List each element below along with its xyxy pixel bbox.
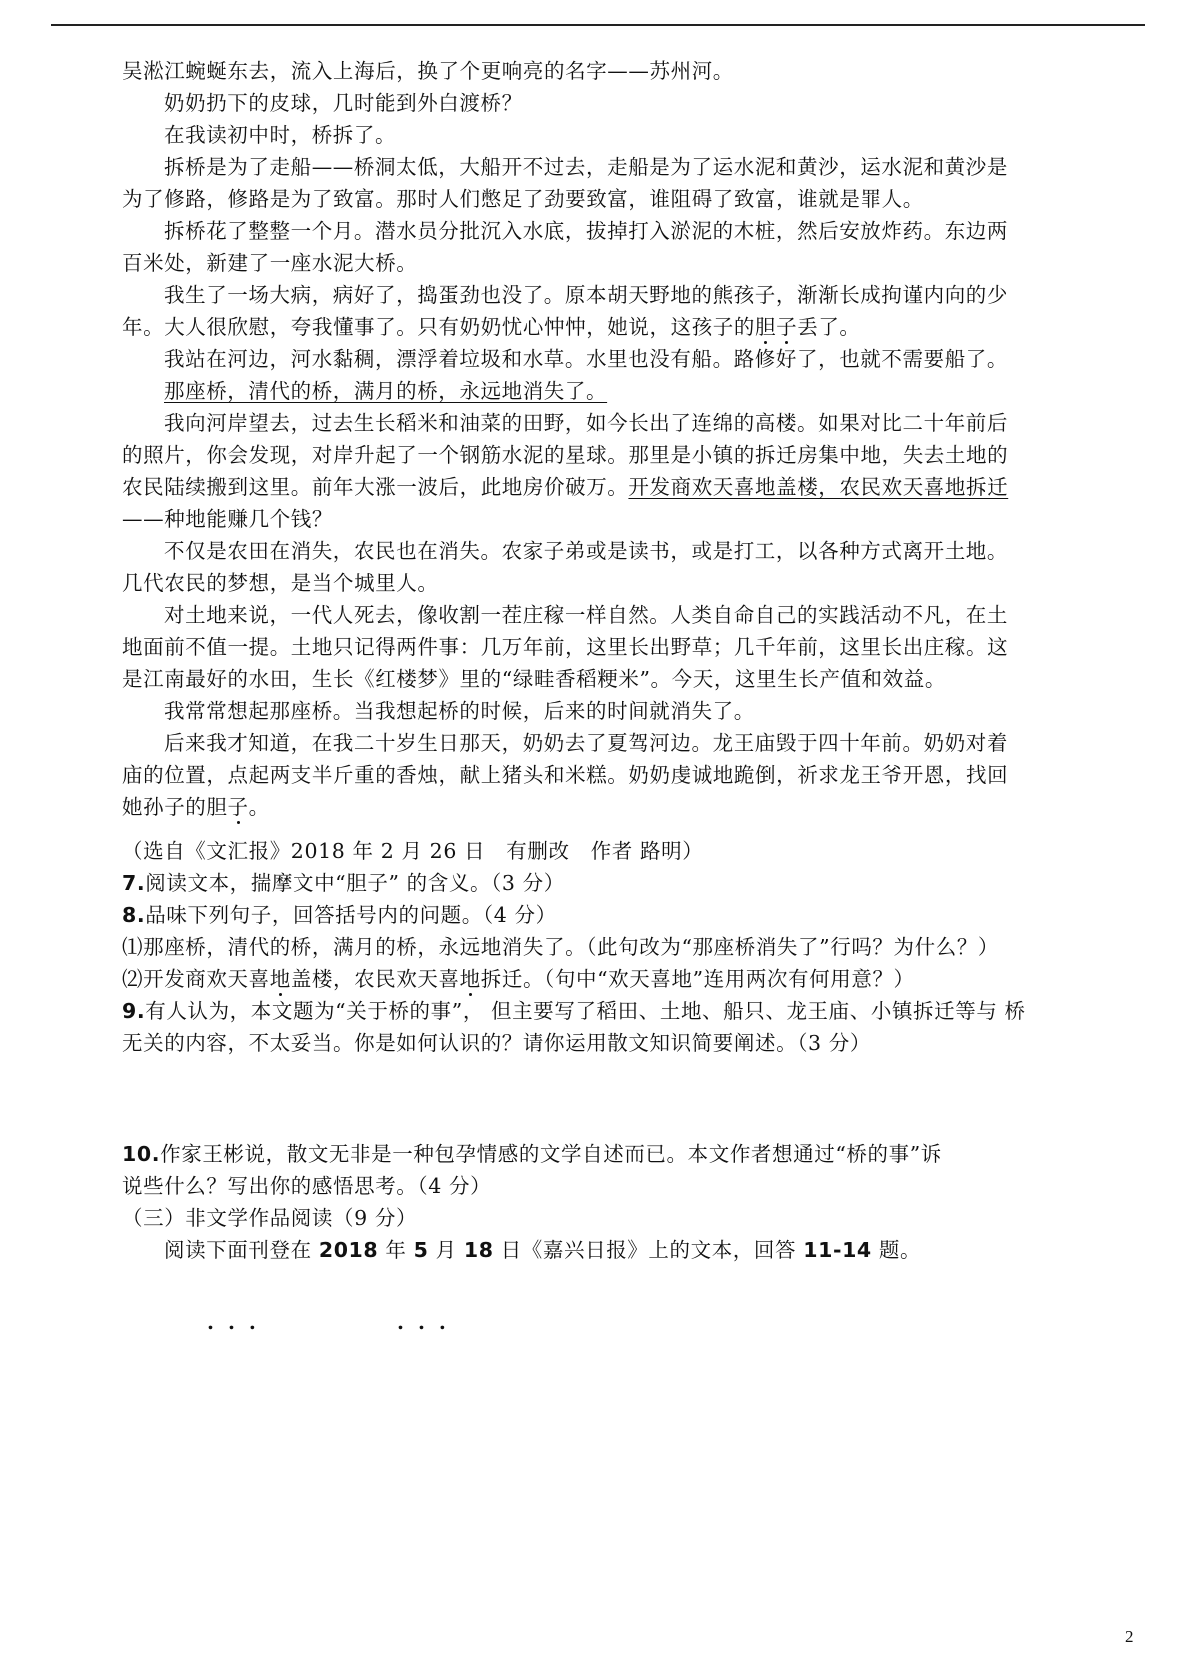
emphasis-char: 子 — [776, 315, 797, 339]
passage-text: 。 — [249, 795, 270, 819]
passage-line: 不仅是农田在消失，农民也在消失。农家子弟或是读书，或是打工，以各种方式离开土地。 — [122, 535, 1008, 567]
passage-line: 我常常想起那座桥。当我想起桥的时候，后来的时间就消失了。 — [122, 695, 755, 727]
passage-text: 年。大人很欣慰，夸我懂事了。只有奶奶忧心忡忡，她说，这孩子的 — [122, 315, 755, 339]
underlined-sentence-2: 开发商欢天喜地盖楼，农民欢天喜地拆迁 — [628, 475, 1008, 499]
intro-text: 日《嘉兴日报》上的文本，回答 — [494, 1238, 804, 1262]
passage-line: 拆桥是为了走船——桥洞太低，大船开不过去，走船是为了运水泥和黄沙，运水泥和黄沙是 — [122, 151, 1008, 183]
intro-text: 题。 — [872, 1238, 921, 1262]
question-8: 8.品味下列句子，回答括号内的问题。（4 分） — [122, 899, 557, 931]
question-7: 7.阅读文本，揣摩文中“胆子” 的含义。（3 分） — [122, 867, 565, 899]
section-intro: 阅读下面刊登在 2018 年 5 月 18 日《嘉兴日报》上的文本，回答 11-… — [122, 1234, 921, 1266]
intro-day: 18 — [464, 1238, 494, 1262]
intro-range: 11-14 — [803, 1238, 872, 1262]
passage-line: 后来我才知道，在我二十岁生日那天，奶奶去了夏驾河边。龙王庙毁于四十年前。奶奶对着 — [122, 727, 1008, 759]
passage-line: 她孙子的胆子。 — [122, 791, 270, 823]
question-number: 7. — [122, 871, 145, 895]
sub-text: 那座桥，清代的桥，满月的桥，永远地消失了。（此句改为“那座桥消失了”行吗？为什么… — [143, 935, 999, 959]
question-8-sub-2: ⑵开发商欢天喜地盖楼，农民欢天喜地拆迁。（句中“欢天喜地”连用两次有何用意？） — [122, 963, 915, 995]
source-citation: （选自《文汇报》2018 年 2 月 26 日 有删改 作者 路明） — [122, 835, 1122, 867]
stray-dots: ... — [207, 1310, 270, 1334]
question-10-cont: 说些什么？写出你的感悟思考。（4 分） — [122, 1170, 491, 1202]
passage-line: ——种地能赚几个钱？ — [122, 503, 333, 535]
stray-dots: ... — [397, 1310, 460, 1334]
passage-line: 那座桥，清代的桥，满月的桥，永远地消失了。 — [122, 375, 607, 407]
intro-year: 2018 — [319, 1238, 378, 1262]
section-heading: （三）非文学作品阅读（9 分） — [122, 1202, 417, 1234]
passage-line: 在我读初中时，桥拆了。 — [122, 119, 396, 151]
passage-line: 对土地来说，一代人死去，像收割一茬庄稼一样自然。人类自命自己的实践活动不凡，在土 — [122, 599, 1008, 631]
passage-line: 吴淞江蜿蜒东去，流入上海后，换了个更响亮的名字——苏州河。 — [122, 55, 734, 87]
passage-line: 是江南最好的水田，生长《红楼梦》里的“绿畦香稻粳米”。今天，这里生长产值和效益。 — [122, 663, 946, 695]
passage-text: 农民陆续搬到这里。前年大涨一波后，此地房价破万。 — [122, 475, 628, 499]
passage-line: 奶奶扔下的皮球，几时能到外白渡桥？ — [122, 87, 523, 119]
question-text: 有人认为，本文题为“关于桥的事”， 但主要写了稻田、土地、船只、龙王庙、小镇拆迁… — [145, 999, 1025, 1023]
emphasis-char: 子 — [228, 795, 249, 819]
passage-line: 我生了一场大病，病好了，捣蛋劲也没了。原本胡天野地的熊孩子，渐渐长成拘谨内向的少 — [122, 279, 1008, 311]
question-9: 9.有人认为，本文题为“关于桥的事”， 但主要写了稻田、土地、船只、龙王庙、小镇… — [122, 995, 1026, 1027]
intro-text: 月 — [429, 1238, 464, 1262]
question-text: 作家王彬说，散文无非是一种包孕情感的文学自述而已。本文作者想通过“桥的事”诉 — [160, 1142, 942, 1166]
question-number: 10. — [122, 1142, 160, 1166]
question-number: 8. — [122, 903, 145, 927]
question-9-cont: 无关的内容，不太妥当。你是如何认识的？请你运用散文知识简要阐述。（3 分） — [122, 1027, 871, 1059]
passage-text: 丢了。 — [797, 315, 860, 339]
emphasis-char: 胆 — [755, 315, 776, 339]
passage-line: 几代农民的梦想，是当个城里人。 — [122, 567, 439, 599]
passage-line: 庙的位置，点起两支半斤重的香烛，献上猪头和米糕。奶奶虔诚地跪倒，祈求龙王爷开恩，… — [122, 759, 1008, 791]
sub-text: 盖楼，农民欢天喜 — [291, 967, 460, 991]
sub-label: ⑴ — [122, 935, 143, 959]
passage-line: 我站在河边，河水黏稠，漂浮着垃圾和水草。水里也没有船。路修好了，也就不需要船了。 — [122, 343, 1008, 375]
passage-line: 我向河岸望去，过去生长稻米和油菜的田野，如今长出了连绵的高楼。如果对比二十年前后 — [122, 407, 1008, 439]
passage-line: 的照片，你会发现，对岸升起了一个钢筋水泥的星球。那里是小镇的拆迁房集中地，失去土… — [122, 439, 1008, 471]
sub-text: 开发商欢天喜 — [143, 967, 270, 991]
passage-line: 地面前不值一提。土地只记得两件事：几万年前，这里长出野草；几千年前，这里长出庄稼… — [122, 631, 1008, 663]
question-10: 10.作家王彬说，散文无非是一种包孕情感的文学自述而已。本文作者想通过“桥的事”… — [122, 1138, 942, 1170]
emphasis-char: 地 — [270, 967, 291, 991]
sub-label: ⑵ — [122, 967, 143, 991]
passage-line: 百米处，新建了一座水泥大桥。 — [122, 247, 417, 279]
passage-line: 拆桥花了整整一个月。潜水员分批沉入水底，拔掉打入淤泥的木桩，然后安放炸药。东边两 — [122, 215, 1008, 247]
passage-line: 农民陆续搬到这里。前年大涨一波后，此地房价破万。开发商欢天喜地盖楼，农民欢天喜地… — [122, 471, 1008, 503]
sub-text: 拆迁。（句中“欢天喜地”连用两次有何用意？） — [481, 967, 915, 991]
intro-text: 阅读下面刊登在 — [164, 1238, 319, 1262]
question-text: 品味下列句子，回答括号内的问题。（4 分） — [145, 903, 556, 927]
intro-month: 5 — [414, 1238, 429, 1262]
intro-text: 年 — [378, 1238, 413, 1262]
page-number: 2 — [1125, 1627, 1134, 1647]
emphasis-char: 地 — [460, 967, 481, 991]
question-text: 阅读文本，揣摩文中“胆子” 的含义。（3 分） — [145, 871, 565, 895]
question-number: 9. — [122, 999, 145, 1023]
header-rule — [51, 24, 1145, 26]
question-8-sub-1: ⑴那座桥，清代的桥，满月的桥，永远地消失了。（此句改为“那座桥消失了”行吗？为什… — [122, 931, 999, 963]
underlined-sentence-1: 那座桥，清代的桥，满月的桥，永远地消失了。 — [164, 379, 607, 403]
passage-text: 她孙子的胆 — [122, 795, 228, 819]
passage-line: 年。大人很欣慰，夸我懂事了。只有奶奶忧心忡忡，她说，这孩子的胆子丢了。 — [122, 311, 861, 343]
passage-line: 为了修路，修路是为了致富。那时人们憋足了劲要致富，谁阻碍了致富，谁就是罪人。 — [122, 183, 924, 215]
